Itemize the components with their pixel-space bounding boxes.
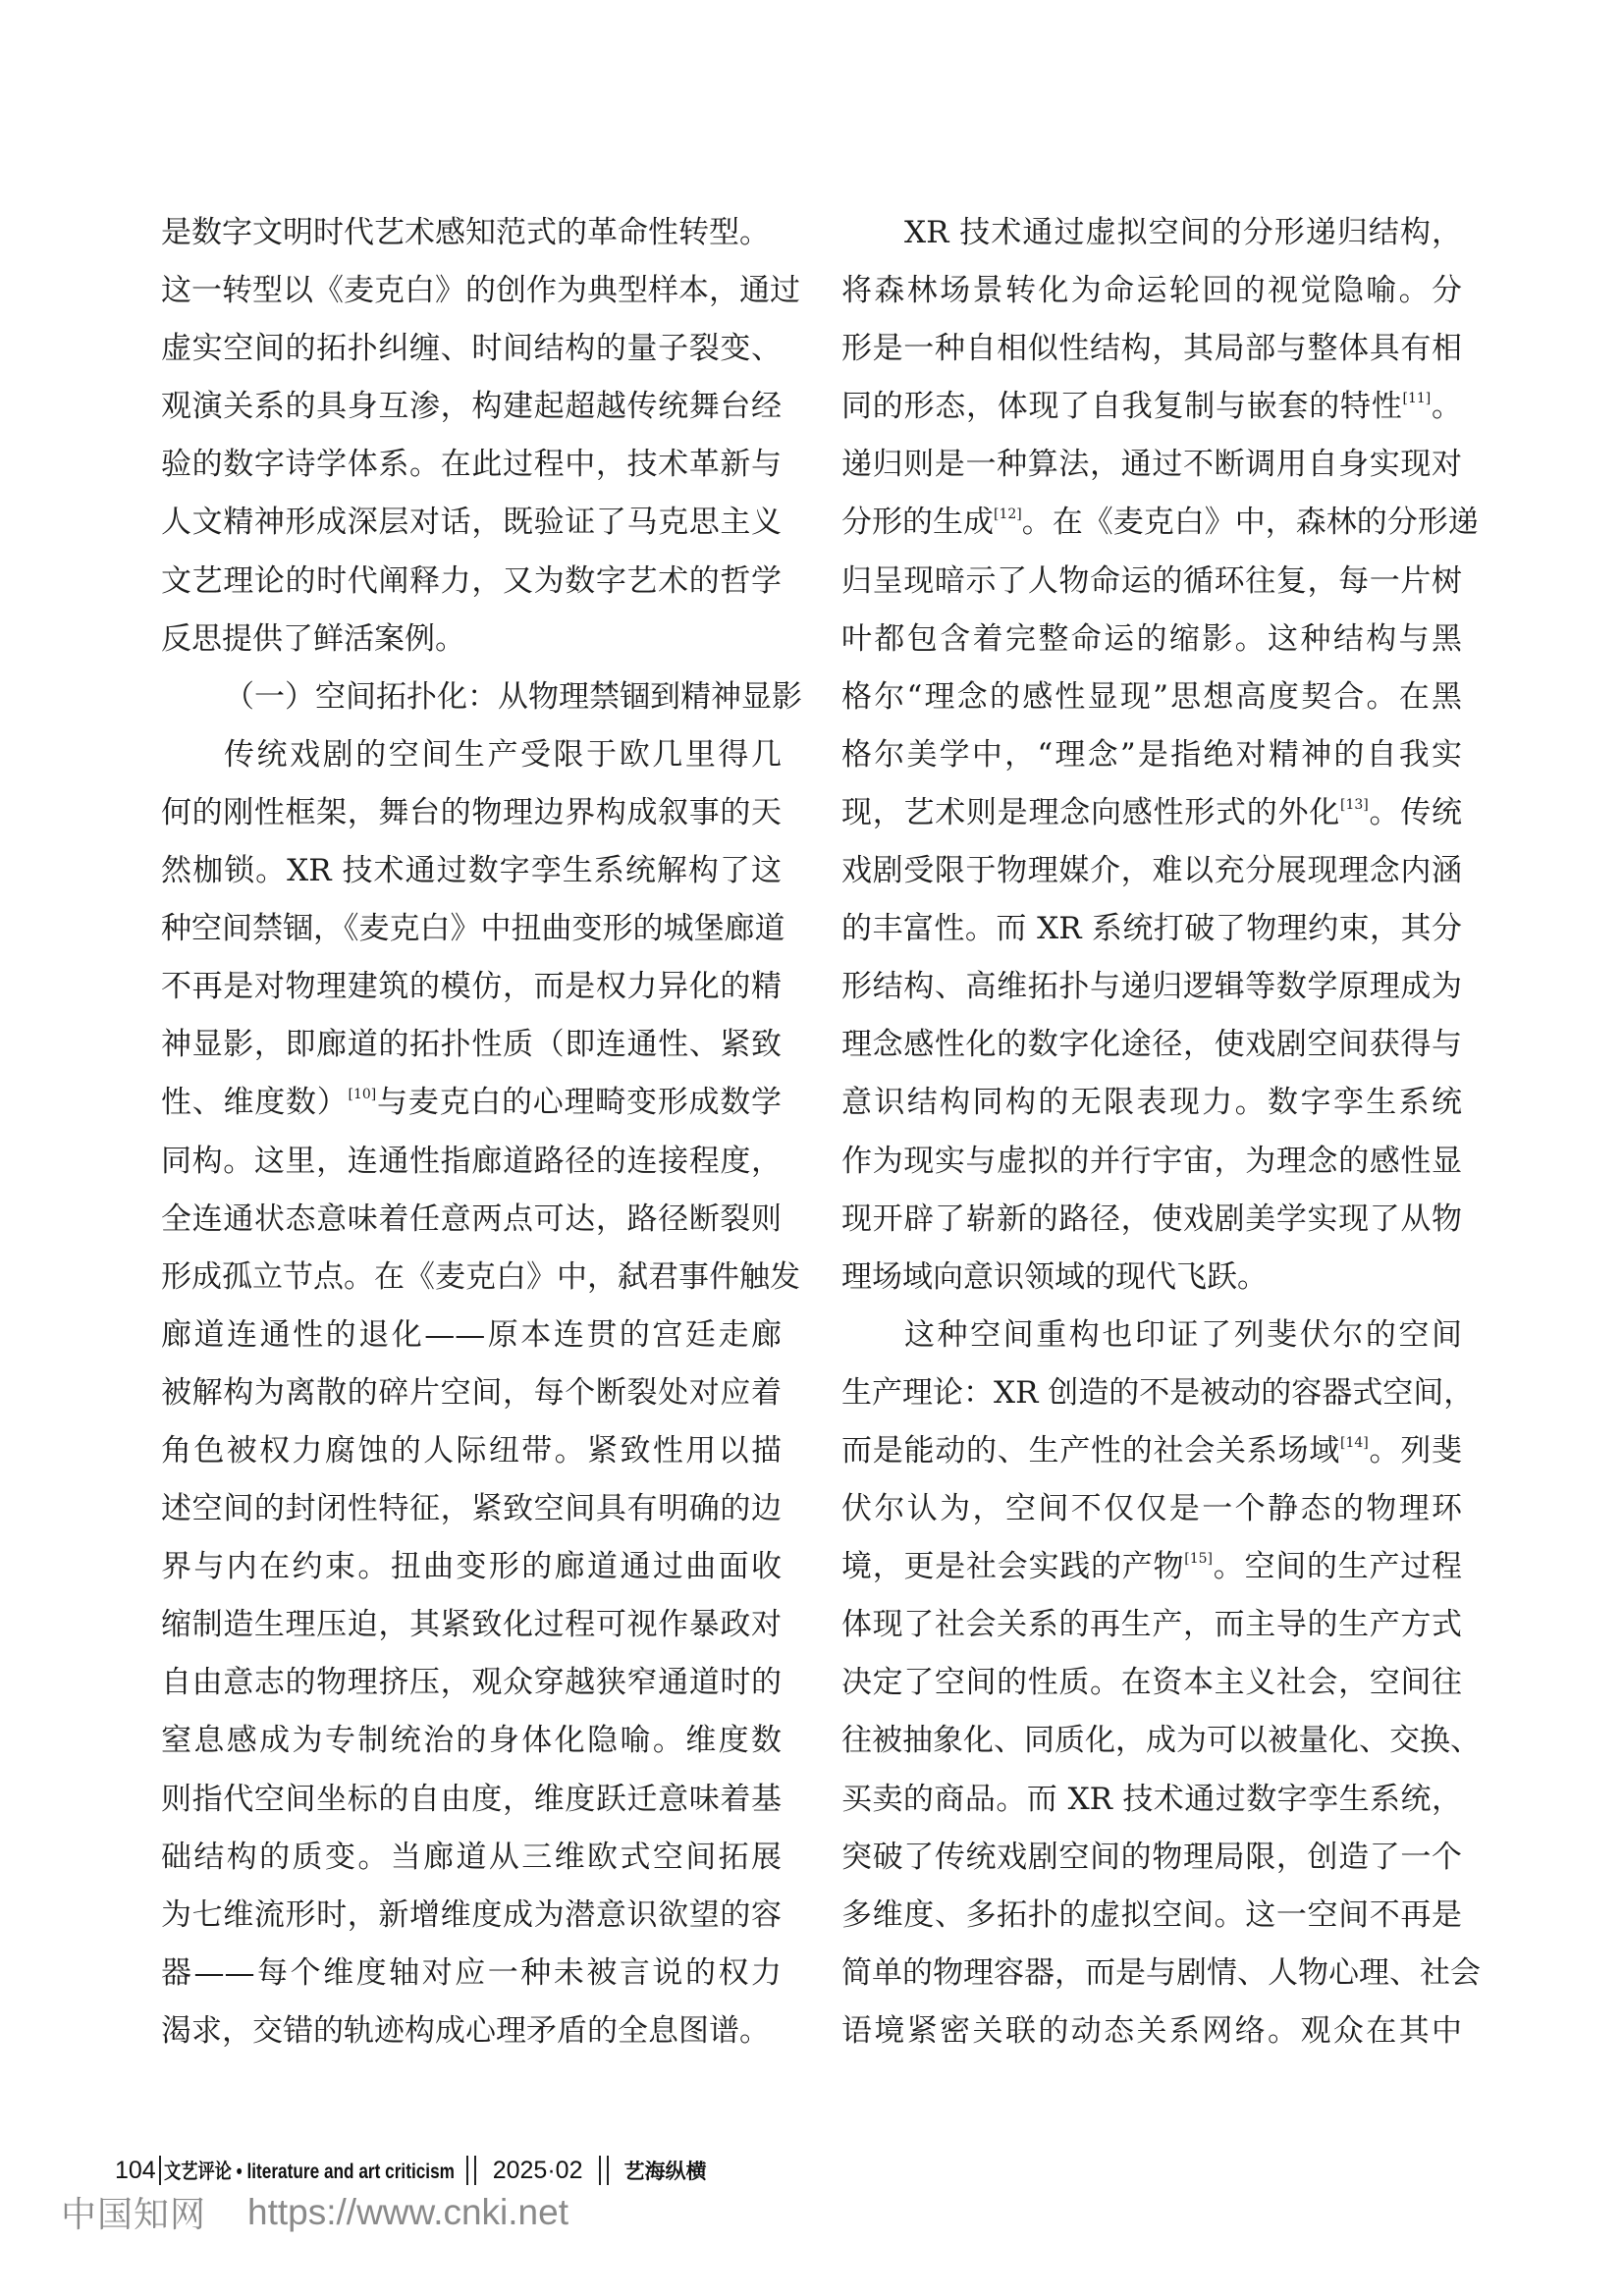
left_column-line: 础结构的质变。当廊道从三维欧式空间拓展 (161, 1829, 782, 1887)
left_column-line: 然枷锁。XR 技术通过数字孪生系统解构了这 (161, 842, 782, 900)
divider (159, 2156, 161, 2185)
watermark-url[interactable]: https://www.cnki.net (247, 2192, 568, 2233)
line-text: 同构。这里，连通性指廊道路径的连接程度， (161, 1144, 782, 1179)
line-text: 与麦克白的心理畸变形成数学 (376, 1085, 782, 1120)
right_column-line: 作为现实与虚拟的并行宇宙，为理念的感性显 (841, 1133, 1462, 1191)
line-text: 反思提供了鲜活案例。 (161, 621, 465, 657)
line-text: 。在《麦克白》中，森林的分形递 (1022, 505, 1479, 540)
right_column-line: 这种空间重构也印证了列斐伏尔的空间 (841, 1307, 1462, 1364)
right-text-column: XR 技术通过虚拟空间的分形递归结构，将森林场景转化为命运轮回的视觉隐喻。分形是… (841, 204, 1462, 2060)
right_column-line: 同的形态，体现了自我复制与嵌套的特性[11]。 (841, 378, 1462, 436)
line-text: 形是一种自相似性结构，其局部与整体具有相 (841, 331, 1462, 366)
line-text: 形成孤立节点。在《麦克白》中，弑君事件触发 (161, 1259, 800, 1295)
journal-name: 文艺评论 • literature and art criticism (164, 2156, 409, 2185)
line-text: 意识结构同构的无限表现力。数字孪生系统 (841, 1085, 1462, 1120)
divider (599, 2156, 601, 2185)
right_column-line: 的丰富性。而 XR 系统打破了物理约束，其分 (841, 900, 1462, 958)
right_column-line: 形是一种自相似性结构，其局部与整体具有相 (841, 320, 1462, 378)
line-text: 这种空间重构也印证了列斐伏尔的空间 (904, 1317, 1462, 1353)
line-text: 多维度、多拓扑的虚拟空间。这一空间不再是 (841, 1897, 1462, 1933)
left_column-line: 廊道连通性的退化——原本连贯的宫廷走廊 (161, 1307, 782, 1364)
line-text: （一）空间拓扑化：从物理禁锢到精神显影 (224, 679, 802, 715)
right_column-line: 境，更是社会实践的产物[15]。空间的生产过程 (841, 1538, 1462, 1596)
line-text: 。空间的生产过程 (1213, 1549, 1462, 1584)
left_column-line: 自由意志的物理挤压，观众穿越狭窄通道时的 (161, 1654, 782, 1712)
line-text: 格尔美学中，“理念”是指绝对精神的自我实 (841, 737, 1462, 773)
line-text: 现开辟了崭新的路径，使戏剧美学实现了从物 (841, 1201, 1462, 1237)
line-text: 归呈现暗示了人物命运的循环往复，每一片树 (841, 563, 1462, 599)
document-page: 是数字文明时代艺术感知范式的革命性转型。这一转型以《麦克白》的创作为典型样本，通… (0, 0, 1623, 2296)
left_column-line: 文艺理论的时代阐释力，又为数字艺术的哲学 (161, 553, 782, 611)
line-text: 。传统 (1369, 795, 1462, 830)
right_column-line: 现开辟了崭新的路径，使戏剧美学实现了从物 (841, 1191, 1462, 1249)
left_column-line: 界与内在约束。扭曲变形的廊道通过曲面收 (161, 1538, 782, 1596)
left_column-line: 渴求，交错的轨迹构成心理矛盾的全息图谱。 (161, 2002, 782, 2060)
left_column-line: 全连通状态意味着任意两点可达，路径断裂则 (161, 1191, 782, 1249)
right_column-line: 格尔美学中，“理念”是指绝对精神的自我实 (841, 726, 1462, 784)
left_column-line: 验的数字诗学体系。在此过程中，技术革新与 (161, 436, 782, 494)
line-text: 这一转型以《麦克白》的创作为典型样本，通过 (161, 273, 800, 308)
left_column-line: 是数字文明时代艺术感知范式的革命性转型。 (161, 204, 782, 262)
left_column-line: 观演关系的具身互渗，构建起超越传统舞台经 (161, 378, 782, 436)
line-text: 理念感性化的数字化途径，使戏剧空间获得与 (841, 1027, 1462, 1062)
line-text: 全连通状态意味着任意两点可达，路径断裂则 (161, 1201, 782, 1237)
left-text-column: 是数字文明时代艺术感知范式的革命性转型。这一转型以《麦克白》的创作为典型样本，通… (161, 204, 782, 2060)
line-text: XR 技术通过虚拟空间的分形递归结构， (904, 215, 1462, 250)
left_column-line: 为七维流形时，新增维度成为潜意识欲望的容 (161, 1887, 782, 1945)
left_column-line: 反思提供了鲜活案例。 (161, 611, 782, 668)
line-text: 则指代空间坐标的自由度，维度跃迁意味着基 (161, 1782, 782, 1817)
divider (474, 2156, 476, 2185)
right_column-line: 叶都包含着完整命运的缩影。这种结构与黑 (841, 611, 1462, 668)
page-number: 104 (115, 2157, 156, 2185)
right_column-line: 递归则是一种算法，通过不断调用自身实现对 (841, 436, 1462, 494)
right_column-line: 生产理论：XR 创造的不是被动的容器式空间， (841, 1364, 1462, 1422)
left_column-line: 虚实空间的拓扑纠缠、时间结构的量子裂变、 (161, 320, 782, 378)
left_column-line: 被解构为离散的碎片空间，每个断裂处对应着 (161, 1364, 782, 1422)
line-text: 伏尔认为，空间不仅仅是一个静态的物理环 (841, 1491, 1462, 1526)
line-text: 传统戏剧的空间生产受限于欧几里得几 (224, 737, 782, 773)
line-text: 分形的生成 (841, 505, 994, 540)
divider (466, 2156, 468, 2185)
left_column-line: 则指代空间坐标的自由度，维度跃迁意味着基 (161, 1771, 782, 1829)
right_column-line: 理场域向意识领域的现代飞跃。 (841, 1249, 1462, 1307)
citation-ref[interactable]: [10] (349, 1087, 377, 1102)
right_column-line: 体现了社会关系的再生产，而主导的生产方式 (841, 1596, 1462, 1654)
line-text: 格尔“理念的感性显现”思想高度契合。在黑 (841, 679, 1462, 715)
line-text: 性、维度数） (161, 1085, 349, 1120)
left_column-line: 这一转型以《麦克白》的创作为典型样本，通过 (161, 262, 782, 320)
citation-ref[interactable]: [14] (1340, 1435, 1369, 1451)
left_column-line: 角色被权力腐蚀的人际纽带。紧致性用以描 (161, 1422, 782, 1480)
left_column-line: 传统戏剧的空间生产受限于欧几里得几 (161, 726, 782, 784)
line-text: 境，更是社会实践的产物 (841, 1549, 1184, 1584)
right_column-line: 格尔“理念的感性显现”思想高度契合。在黑 (841, 668, 1462, 726)
right_column-line: 而是能动的、生产性的社会关系场域[14]。列斐 (841, 1422, 1462, 1480)
right_column-line: 归呈现暗示了人物命运的循环往复，每一片树 (841, 553, 1462, 611)
line-text: 种空间禁锢，《麦克白》中扭曲变形的城堡廊道 (161, 911, 785, 946)
right_column-line: 意识结构同构的无限表现力。数字孪生系统 (841, 1074, 1462, 1132)
left_column-line: 神显影，即廊道的拓扑性质（即连通性、紧致 (161, 1016, 782, 1074)
line-text: 文艺理论的时代阐释力，又为数字艺术的哲学 (161, 563, 782, 599)
line-text: 的丰富性。而 XR 系统打破了物理约束，其分 (841, 911, 1462, 946)
line-text: 突破了传统戏剧空间的物理局限，创造了一个 (841, 1840, 1462, 1875)
line-text: 窒息感成为专制统治的身体化隐喻。维度数 (161, 1723, 782, 1758)
left_column-line: 何的刚性框架，舞台的物理边界构成叙事的天 (161, 784, 782, 842)
right_column-line: 简单的物理容器，而是与剧情、人物心理、社会 (841, 1945, 1462, 2002)
right_column-line: 形结构、高维拓扑与递归逻辑等数学原理成为 (841, 958, 1462, 1016)
cnki-watermark: 中国知网 https://www.cnki.net (61, 2187, 568, 2237)
line-text: 缩制造生理压迫，其紧致化过程可视作暴政对 (161, 1607, 782, 1642)
left_column-line: 述空间的封闭性特征，紧致空间具有明确的边 (161, 1480, 782, 1538)
line-text: 买卖的商品。而 XR 技术通过数字孪生系统， (841, 1782, 1462, 1817)
line-text: 而是能动的、生产性的社会关系场域 (841, 1433, 1340, 1468)
line-text: 戏剧受限于物理媒介，难以充分展现理念内涵 (841, 853, 1462, 888)
line-text: 神显影，即廊道的拓扑性质（即连通性、紧致 (161, 1027, 782, 1062)
line-text: 人文精神形成深层对话，既验证了马克思主义 (161, 505, 782, 540)
line-text: 作为现实与虚拟的并行宇宙，为理念的感性显 (841, 1144, 1462, 1179)
line-text: 虚实空间的拓扑纠缠、时间结构的量子裂变、 (161, 331, 782, 366)
left_column-line: 不再是对物理建筑的模仿，而是权力异化的精 (161, 958, 782, 1016)
line-text: 廊道连通性的退化——原本连贯的宫廷走廊 (161, 1317, 782, 1353)
line-text: 生产理论：XR 创造的不是被动的容器式空间， (841, 1375, 1474, 1411)
line-text: 叶都包含着完整命运的缩影。这种结构与黑 (841, 621, 1462, 657)
line-text: 递归则是一种算法，通过不断调用自身实现对 (841, 447, 1462, 482)
right_column-line: 理念感性化的数字化途径，使戏剧空间获得与 (841, 1016, 1462, 1074)
right_column-line: 分形的生成[12]。在《麦克白》中，森林的分形递 (841, 494, 1462, 552)
citation-ref[interactable]: [13] (1340, 797, 1369, 813)
line-text: 体现了社会关系的再生产，而主导的生产方式 (841, 1607, 1462, 1642)
line-text: 是数字文明时代艺术感知范式的革命性转型。 (161, 215, 770, 250)
line-text: 界与内在约束。扭曲变形的廊道通过曲面收 (161, 1549, 782, 1584)
right_column-line: 突破了传统戏剧空间的物理局限，创造了一个 (841, 1829, 1462, 1887)
line-text: 被解构为离散的碎片空间，每个断裂处对应着 (161, 1375, 782, 1411)
line-text: 将森林场景转化为命运轮回的视觉隐喻。分 (841, 273, 1462, 308)
line-text: 现，艺术则是理念向感性形式的外化 (841, 795, 1340, 830)
line-text: 渴求，交错的轨迹构成心理矛盾的全息图谱。 (161, 2013, 770, 2049)
right_column-line: XR 技术通过虚拟空间的分形递归结构， (841, 204, 1462, 262)
section-name: 艺海纵横 (623, 2156, 706, 2185)
citation-ref[interactable]: [11] (1403, 391, 1432, 406)
left_column-line: 缩制造生理压迫，其紧致化过程可视作暴政对 (161, 1596, 782, 1654)
line-text: 述空间的封闭性特征，紧致空间具有明确的边 (161, 1491, 782, 1526)
right_column-line: 戏剧受限于物理媒介，难以充分展现理念内涵 (841, 842, 1462, 900)
line-text: 不再是对物理建筑的模仿，而是权力异化的精 (161, 969, 782, 1004)
right_column-line: 伏尔认为，空间不仅仅是一个静态的物理环 (841, 1480, 1462, 1538)
line-text: 理场域向意识领域的现代飞跃。 (841, 1259, 1268, 1295)
right_column-line: 多维度、多拓扑的虚拟空间。这一空间不再是 (841, 1887, 1462, 1945)
citation-ref[interactable]: [15] (1184, 1551, 1213, 1567)
line-text: 往被抽象化、同质化，成为可以被量化、交换、 (841, 1723, 1481, 1758)
left_column-line: 种空间禁锢，《麦克白》中扭曲变形的城堡廊道 (161, 900, 782, 958)
line-text: 器——每个维度轴对应一种未被言说的权力 (161, 1955, 782, 1991)
line-text: 为七维流形时，新增维度成为潜意识欲望的容 (161, 1897, 782, 1933)
right_column-line: 往被抽象化、同质化，成为可以被量化、交换、 (841, 1712, 1462, 1770)
page-footer: 104 文艺评论 • literature and art criticism … (115, 2153, 706, 2188)
line-text: 同的形态，体现了自我复制与嵌套的特性 (841, 389, 1403, 424)
citation-ref[interactable]: [12] (994, 507, 1022, 522)
line-text: 。列斐 (1369, 1433, 1462, 1468)
right_column-line: 买卖的商品。而 XR 技术通过数字孪生系统， (841, 1771, 1462, 1829)
line-text: 何的刚性框架，舞台的物理边界构成叙事的天 (161, 795, 782, 830)
line-text: 验的数字诗学体系。在此过程中，技术革新与 (161, 447, 782, 482)
line-text: 自由意志的物理挤压，观众穿越狭窄通道时的 (161, 1665, 782, 1700)
right_column-line: 决定了空间的性质。在资本主义社会，空间往 (841, 1654, 1462, 1712)
line-text: 决定了空间的性质。在资本主义社会，空间往 (841, 1665, 1462, 1700)
right_column-line: 语境紧密关联的动态关系网络。观众在其中 (841, 2002, 1462, 2060)
left_column-line: 器——每个维度轴对应一种未被言说的权力 (161, 1945, 782, 2002)
left_column-line: （一）空间拓扑化：从物理禁锢到精神显影 (161, 668, 782, 726)
line-text: 然枷锁。XR 技术通过数字孪生系统解构了这 (161, 853, 782, 888)
watermark-name: 中国知网 (61, 2187, 206, 2237)
line-text: 。 (1431, 389, 1462, 424)
right_column-line: 将森林场景转化为命运轮回的视觉隐喻。分 (841, 262, 1462, 320)
left_column-line: 形成孤立节点。在《麦克白》中，弑君事件触发 (161, 1249, 782, 1307)
line-text: 角色被权力腐蚀的人际纽带。紧致性用以描 (161, 1433, 782, 1468)
line-text: 础结构的质变。当廊道从三维欧式空间拓展 (161, 1840, 782, 1875)
left_column-line: 人文精神形成深层对话，既验证了马克思主义 (161, 494, 782, 552)
divider (607, 2156, 609, 2185)
line-text: 语境紧密关联的动态关系网络。观众在其中 (841, 2013, 1462, 2049)
issue-number: 2025·02 (493, 2157, 583, 2185)
right_column-line: 现，艺术则是理念向感性形式的外化[13]。传统 (841, 784, 1462, 842)
line-text: 观演关系的具身互渗，构建起超越传统舞台经 (161, 389, 782, 424)
left_column-line: 性、维度数）[10]与麦克白的心理畸变形成数学 (161, 1074, 782, 1132)
line-text: 形结构、高维拓扑与递归逻辑等数学原理成为 (841, 969, 1462, 1004)
left_column-line: 窒息感成为专制统治的身体化隐喻。维度数 (161, 1712, 782, 1770)
line-text: 简单的物理容器，而是与剧情、人物心理、社会 (841, 1955, 1481, 1991)
left_column-line: 同构。这里，连通性指廊道路径的连接程度， (161, 1133, 782, 1191)
